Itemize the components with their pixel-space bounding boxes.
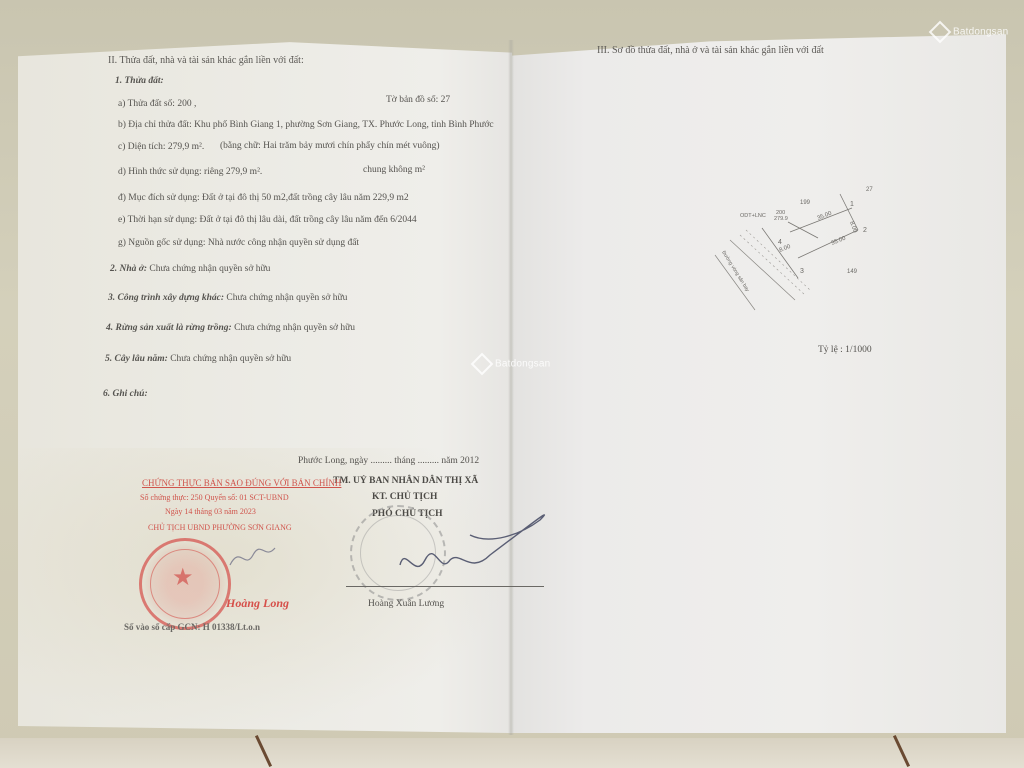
- authority-line-2: KT. CHỦ TỊCH: [372, 492, 437, 502]
- usage-form: d) Hình thức sử dụng: riêng 279,9 m².: [118, 167, 262, 177]
- certification-signer-title: CHỦ TỊCH UBND PHƯỜNG SƠN GIANG: [148, 523, 292, 532]
- batdongsan-logo-icon: [929, 21, 952, 44]
- item3-value: Chưa chứng nhận quyền sở hữu: [226, 293, 347, 303]
- vertex-2: 2: [863, 227, 867, 234]
- certifier-signature: [225, 540, 285, 575]
- section-ii-title: II. Thửa đất, nhà và tài sản khác gắn li…: [108, 55, 304, 66]
- item3-title: 3. Công trình xây dựng khác:: [108, 293, 224, 303]
- item5-title: 5. Cây lâu năm:: [105, 354, 168, 364]
- item3-row: 3. Công trình xây dựng khác: Chưa chứng …: [108, 293, 347, 303]
- side-top: 35.00: [817, 210, 834, 221]
- usage-purpose: đ) Mục đích sử dụng: Đất ở tại đô thị 50…: [118, 193, 409, 203]
- certification-title: CHỨNG THỰC BẢN SAO ĐÚNG VỚI BẢN CHÍNH: [142, 478, 341, 488]
- item2-value: Chưa chứng nhận quyền sở hữu: [149, 264, 270, 274]
- item2-title: 2. Nhà ở:: [110, 264, 147, 274]
- signature-line: [346, 586, 544, 587]
- usage-term: e) Thời hạn sử dụng: Đất ở tại đô thị lâ…: [118, 215, 417, 225]
- parcel-area-words: (bằng chữ: Hai trăm bảy mươi chín phẩy c…: [220, 141, 440, 151]
- item5-row: 5. Cây lâu năm: Chưa chứng nhận quyền sở…: [105, 354, 291, 364]
- item4-value: Chưa chứng nhận quyền sở hữu: [234, 323, 355, 333]
- signer-name: Hoàng Xuân Lương: [368, 599, 444, 609]
- section-iii-title: III. Sơ đồ thửa đất, nhà ở và tài sản kh…: [597, 45, 824, 56]
- item4-title: 4. Rừng sản xuất là rừng trồng:: [106, 323, 232, 333]
- vertex-4: 4: [778, 239, 782, 246]
- official-seal-red: [139, 538, 231, 630]
- registry-number: Số vào sổ cấp GCN: H 01338/Lt.o.n: [124, 622, 260, 632]
- watermark-top-right: Batdongsan: [932, 24, 1008, 40]
- usage-origin: g) Nguồn gốc sử dụng: Nhà nước công nhận…: [118, 238, 359, 248]
- item1-title: 1. Thửa đất:: [115, 76, 164, 86]
- parcel-address: b) Địa chỉ thửa đất: Khu phố Bình Giang …: [118, 120, 494, 130]
- parcel-diagram: 27 199 ODT+LNC 200 279.9 35.00 35.00 8.0…: [700, 180, 900, 320]
- watermark-center: Batdongsan: [474, 356, 550, 372]
- side-bottom: 35.00: [831, 235, 848, 246]
- signing-date: Phước Long, ngày ......... tháng .......…: [298, 456, 479, 466]
- right-page: [512, 20, 1006, 733]
- parcel-area-label: 279.9: [774, 216, 788, 222]
- vertex-1: 1: [850, 201, 854, 208]
- map-scale: Tỷ lệ : 1/1000: [818, 345, 872, 355]
- neighbor-bottom: 149: [847, 269, 858, 275]
- parcel-code: ODT+LNC: [740, 213, 766, 219]
- usage-form-shared: chung không m²: [363, 165, 425, 175]
- authority-line-1: TM. UỶ BAN NHÂN DÂN THỊ XÃ: [333, 476, 478, 486]
- signature-scribble: [380, 505, 560, 585]
- side-right: 8.00: [848, 221, 858, 235]
- road-label: Đường vòng sân bay: [720, 250, 750, 293]
- book-spine: [508, 40, 514, 735]
- vertex-3: 3: [800, 268, 804, 275]
- parcel-number: a) Thửa đất số: 200 ,: [118, 99, 196, 109]
- item6-title: 6. Ghi chú:: [103, 389, 148, 399]
- item4-row: 4. Rừng sản xuất là rừng trồng: Chưa chứ…: [106, 323, 355, 333]
- item5-value: Chưa chứng nhận quyền sở hữu: [170, 354, 291, 364]
- certification-number: Số chứng thực: 250 Quyển số: 01 SCT-UBND: [140, 493, 289, 502]
- table-surface: [0, 738, 1024, 768]
- left-page: [18, 28, 512, 733]
- map-sheet-number: Tờ bản đồ số: 27: [386, 95, 450, 105]
- neighbor-top: 199: [800, 200, 811, 206]
- certification-date: Ngày 14 tháng 03 năm 2023: [165, 507, 256, 516]
- item2-row: 2. Nhà ở: Chưa chứng nhận quyền sở hữu: [110, 264, 270, 274]
- parcel-area: c) Diện tích: 279,9 m².: [118, 142, 204, 152]
- batdongsan-logo-icon: [471, 353, 494, 376]
- neighbor-corner: 27: [866, 187, 873, 193]
- certifier-name: Hoàng Long: [226, 596, 289, 611]
